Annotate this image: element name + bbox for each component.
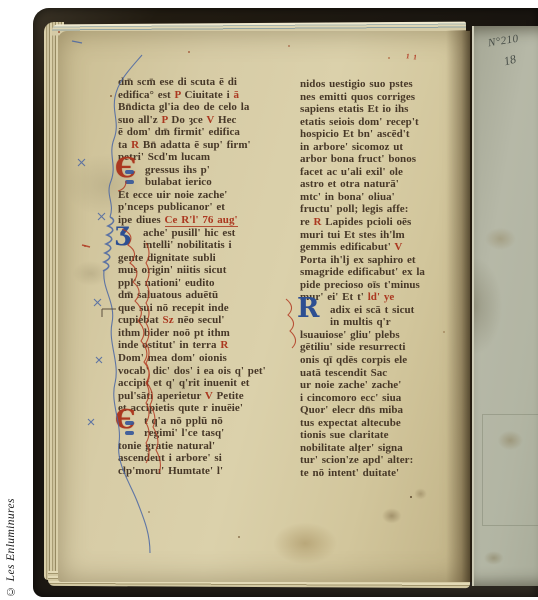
text-segment: gressus ihs p' — [145, 164, 210, 176]
text-segment: Bn̄dicta gl'ia deo de celo la — [118, 101, 249, 113]
initial-infill-decoration — [125, 170, 134, 174]
manuscript-text-line: mur' ei' Et t' ld' ye — [300, 291, 470, 304]
text-segment: astro et otra naturā' — [300, 178, 399, 190]
text-segment: P — [161, 114, 171, 126]
manuscript-text-line: ascendeut i arbore' si — [118, 452, 288, 465]
text-segment: ta — [118, 139, 131, 151]
manuscript-text-line: in arbore' sicomoz ut — [300, 141, 470, 154]
manuscript-text-line: ta R Bn̄ adatta ē sup' firm' — [118, 139, 288, 152]
text-segment: in arbore' sicomoz ut — [300, 141, 403, 153]
manuscript-text-line: ithm bider noō pt ithm — [118, 327, 288, 340]
manuscript-text-line: fructu' poll; legis affe: — [300, 203, 470, 216]
text-column-left: dm̄ scm̄ ese di scuta ē diedifica° est P… — [118, 76, 288, 478]
text-segment: Quor' elecr dn̄s miba — [300, 404, 403, 416]
manuscript-text-line: i cincomoro ecc' siua — [300, 392, 470, 405]
manuscript-text-line: Et ecce uir noie zache' — [118, 189, 288, 202]
manuscript-text-line: p'nceps publicanor' et — [118, 201, 288, 214]
text-segment: fructu' poll; legis affe: — [300, 203, 408, 215]
manuscript-text-line: nidos uestigio suo pstes — [300, 78, 470, 91]
manuscript-page: dm̄ scm̄ ese di scuta ē diedifica° est P… — [58, 31, 470, 582]
manuscript-text-line: Bn̄dicta gl'ia deo de celo la — [118, 101, 288, 114]
folio-number-note: 18 — [502, 52, 517, 69]
text-segment: gente dignitate subli — [118, 252, 216, 264]
manuscript-text-line: nobilitate alter' signa — [300, 442, 470, 455]
ink-bracket-mark — [102, 309, 116, 317]
text-segment: suo all'z — [118, 114, 161, 126]
text-segment: accipit et q' q'rit inuenit et — [118, 377, 249, 389]
manuscript-text-line: tionis sue claritate — [300, 429, 470, 442]
text-segment: tus expectat altecube — [300, 417, 401, 429]
text-segment: etatis seiois dom' recep't — [300, 116, 419, 128]
manuscript-text-line: re R Lapides pcioli oēs — [300, 216, 470, 229]
text-segment: arbor bona fruct' bonos — [300, 153, 416, 165]
text-segment: Porta ih'lj ex saphiro et — [300, 254, 416, 266]
text-segment: inde ostitut' in terra — [118, 339, 220, 351]
manuscript-text-line: Quor' elecr dn̄s miba — [300, 404, 470, 417]
manuscript-text-line: uatā tescendit Sac — [300, 367, 470, 380]
text-segment: dm̄ scm̄ ese di scuta ē di — [118, 76, 237, 88]
text-segment: nēo secul' — [177, 314, 224, 326]
manuscript-text-line: mtc' in bona' oliua' — [300, 191, 470, 204]
manuscript-text-line: et accipietis qute r inuēie' — [118, 402, 288, 415]
text-segment: nidos uestigio suo pstes — [300, 78, 413, 90]
text-segment: edifica° est — [118, 89, 175, 101]
text-segment: in multis q'r — [330, 316, 391, 328]
manuscript-text-line: suo all'z P Do ȝce V Hec — [118, 114, 288, 127]
manuscript-text-line: cupiebat Sz nēo secul' — [118, 314, 288, 327]
manuscript-text-line: gemmis edificabut' V — [300, 241, 470, 254]
manuscript-text-line: ur noie zache' zache' — [300, 379, 470, 392]
manuscript-text-line: que sui nō recepit inde — [118, 302, 288, 315]
text-segment: R — [220, 339, 228, 351]
manuscript-text-line: ipe diues Ce R'l' 76 aug' — [118, 214, 288, 227]
manuscript-text-line: etatis seiois dom' recep't — [300, 116, 470, 129]
manuscript-text-line: clp'moru' Humtate' l' — [118, 465, 288, 478]
text-segment: nes emitti quos corriges — [300, 91, 415, 103]
text-segment: onis qī qdēs corpis ele — [300, 354, 407, 366]
manuscript-text-line: intelli' nobilitatis i — [118, 239, 288, 252]
manuscript-photo: dm̄ scm̄ ese di scuta ē diedifica° est P… — [0, 0, 538, 600]
manuscript-text-line: Єgressus ihs p' — [118, 164, 288, 177]
manuscript-text-line: tur' scion'ze apd' alter: — [300, 454, 470, 467]
manuscript-text-line: facet ac u'ali exil' ole — [300, 166, 470, 179]
text-segment: dm̄ saluatous aduētū — [118, 289, 218, 301]
text-segment: Ce R'l' 76 aug' — [165, 214, 238, 227]
manuscript-text-line: ʒache' pusill' hic est — [118, 227, 288, 240]
manuscript-text-line: accipit et q' q'rit inuenit et — [118, 377, 288, 390]
illuminated-initial: ʒ — [115, 226, 130, 239]
manuscript-text-line: bulabat ierico — [118, 176, 288, 189]
text-segment: ache' pusill' hic est — [143, 227, 235, 239]
text-segment: nobilitate alter' signa — [300, 442, 403, 454]
manuscript-text-line: pul'sāti aperietur V Petite — [118, 390, 288, 403]
text-segment: pul'sāti aperietur — [118, 390, 205, 402]
text-segment: facet ac u'ali exil' ole — [300, 166, 403, 178]
text-segment: sapiens etatis Et io ihs — [300, 103, 409, 115]
manuscript-text-line: hospicio Et bn' ascēd't — [300, 128, 470, 141]
text-segment: R — [313, 216, 325, 228]
manuscript-text-line: onis qī qdēs corpis ele — [300, 354, 470, 367]
text-segment: Lapides pcioli oēs — [325, 216, 411, 228]
text-segment: Hec — [218, 114, 236, 126]
manuscript-text-line: ppl's nationi' eudito — [118, 277, 288, 290]
manuscript-text-line: regimi' l'ce tasq' — [118, 427, 288, 440]
text-segment: i cincomoro ecc' siua — [300, 392, 401, 404]
text-segment: cupiebat — [118, 314, 163, 326]
manuscript-text-line: dm̄ saluatous aduētū — [118, 289, 288, 302]
text-segment: t q'a nō pplū nō — [144, 415, 223, 427]
text-segment: tur' scion'ze apd' alter: — [300, 454, 413, 466]
text-segment: Dom' mea dom' oionis — [118, 352, 227, 364]
text-segment: ē dom' dm̄ firmit' edifica — [118, 126, 240, 138]
manuscript-text-line: muri tui Et stes ih'lm — [300, 229, 470, 242]
text-segment: tionis sue claritate — [300, 429, 389, 441]
text-segment: bulabat ierico — [145, 176, 212, 188]
text-segment: ā — [234, 89, 240, 101]
text-segment: Petite — [217, 390, 244, 402]
manuscript-text-line: tus expectat altecube — [300, 417, 470, 430]
text-segment: ur noie zache' zache' — [300, 379, 401, 391]
text-segment: gemmis edificabut' — [300, 241, 394, 253]
text-segment: P — [175, 89, 185, 101]
manuscript-text-line: Radix ei scā t sicut — [300, 304, 470, 317]
text-segment: Et ecce uir noie zache' — [118, 189, 227, 201]
text-segment: V — [206, 114, 218, 126]
text-segment: Sz — [163, 314, 178, 326]
ghost-impression — [482, 414, 538, 526]
illuminated-initial: Є — [115, 163, 136, 176]
text-segment: ld' ye — [368, 291, 395, 303]
copyright-caption: © Les Enluminures — [5, 479, 17, 597]
text-segment: intelli' nobilitatis i — [143, 239, 232, 251]
manuscript-text-line: pide precioso oīs t'minus — [300, 279, 470, 292]
text-segment: mus origin' niitis sicut — [118, 264, 226, 276]
manuscript-text-line: smagride edificabut' ex la — [300, 266, 470, 279]
text-segment: Ciuitate i — [185, 89, 234, 101]
text-segment: mtc' in bona' oliua' — [300, 191, 395, 203]
text-segment: et accipietis qute r inuēie' — [118, 402, 243, 414]
text-segment: pide precioso oīs t'minus — [300, 279, 420, 291]
manuscript-text-line: lsuauiose' gliu' plebs — [300, 329, 470, 342]
manuscript-text-line: dm̄ scm̄ ese di scuta ē di — [118, 76, 288, 89]
text-segment: ascendeut i arbore' si — [118, 452, 222, 464]
text-segment: te nō intent' duitate' — [300, 467, 399, 479]
manuscript-text-line: vocab' dic' dos' i ea ois q' pet' — [118, 365, 288, 378]
manuscript-text-line: petri' Scd'm lucam — [118, 151, 288, 164]
text-segment: Do ȝce — [171, 114, 206, 126]
manuscript-text-line: Dom' mea dom' oionis — [118, 352, 288, 365]
manuscript-text-line: mus origin' niitis sicut — [118, 264, 288, 277]
manuscript-text-line: sapiens etatis Et io ihs — [300, 103, 470, 116]
gutter-shadow — [446, 30, 474, 582]
manuscript-text-line: arbor bona fruct' bonos — [300, 153, 470, 166]
text-segment: que sui nō recepit inde — [118, 302, 229, 314]
text-segment: vocab' dic' dos' i ea ois q' pet' — [118, 365, 266, 377]
text-segment: muri tui Et stes ih'lm — [300, 229, 405, 241]
text-segment: uatā tescendit Sac — [300, 367, 387, 379]
text-segment: re — [300, 216, 313, 228]
text-segment: tonie gratie natural' — [118, 440, 215, 452]
illuminated-initial: Є — [115, 414, 136, 427]
manuscript-text-line: tonie gratie natural' — [118, 440, 288, 453]
text-segment: smagride edificabut' ex la — [300, 266, 425, 278]
manuscript-text-line: gētiliu' side resurrecti — [300, 341, 470, 354]
manuscript-text-line: Єt q'a nō pplū nō — [118, 415, 288, 428]
manuscript-text-line: gente dignitate subli — [118, 252, 288, 265]
text-segment: gētiliu' side resurrecti — [300, 341, 405, 353]
text-segment: regimi' l'ce tasq' — [144, 427, 224, 439]
text-segment: ppl's nationi' eudito — [118, 277, 215, 289]
manuscript-text-line: inde ostitut' in terra R — [118, 339, 288, 352]
text-segment: ithm bider noō pt ithm — [118, 327, 230, 339]
text-segment: V — [394, 241, 402, 253]
illuminated-initial: R — [297, 303, 319, 316]
manuscript-text-line: in multis q'r — [300, 316, 470, 329]
text-segment: hospicio Et bn' ascēd't — [300, 128, 410, 140]
red-corner-mark: 1 1 — [406, 52, 419, 62]
text-column-right: nidos uestigio suo pstesnes emitti quos … — [300, 78, 470, 480]
manuscript-text-line: nes emitti quos corriges — [300, 91, 470, 104]
text-segment: p'nceps publicanor' et — [118, 201, 225, 213]
manuscript-text-line: ē dom' dm̄ firmit' edifica — [118, 126, 288, 139]
text-segment: R — [131, 139, 143, 151]
text-segment: V — [205, 390, 217, 402]
shelfmark-note: N°210 — [487, 33, 519, 50]
manuscript-text-line: edifica° est P Ciuitate i ā — [118, 89, 288, 102]
manuscript-text-line: te nō intent' duitate' — [300, 467, 470, 480]
manuscript-text-line: Porta ih'lj ex saphiro et — [300, 254, 470, 267]
ink-speckles — [58, 31, 60, 33]
facing-page: N°210 18 — [472, 26, 538, 586]
manuscript-text-line: astro et otra naturā' — [300, 178, 470, 191]
initial-infill-decoration — [125, 421, 134, 425]
text-segment: adix ei scā t sicut — [330, 304, 414, 316]
text-segment: lsuauiose' gliu' plebs — [300, 329, 400, 341]
text-segment: Bn̄ adatta ē sup' firm' — [143, 139, 251, 151]
text-segment: clp'moru' Humtate' l' — [118, 465, 223, 477]
